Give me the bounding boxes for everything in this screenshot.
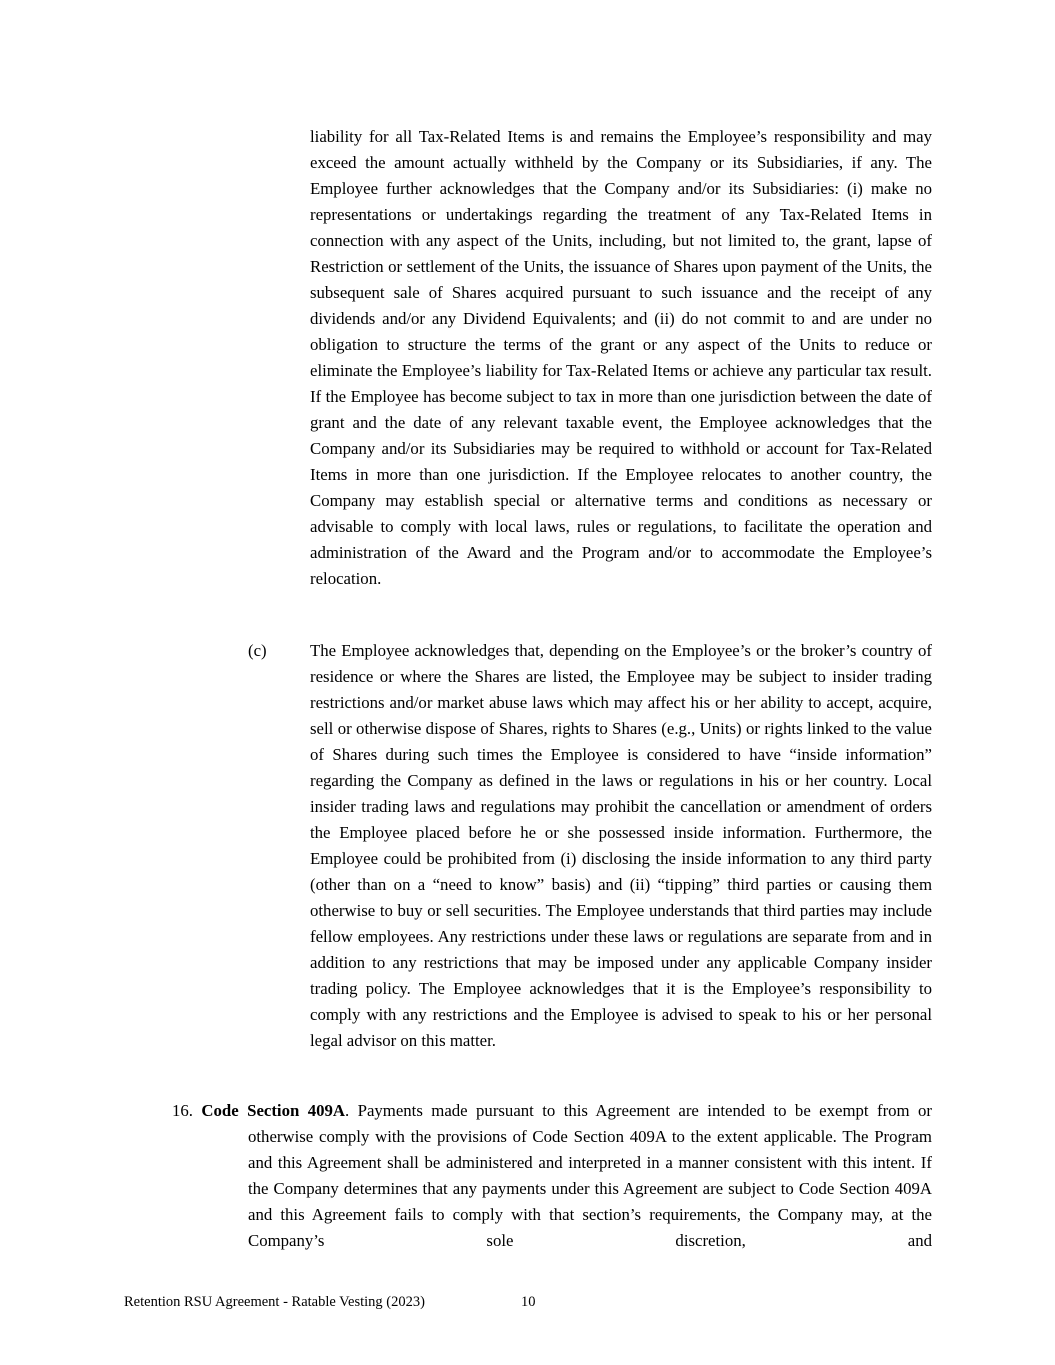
page-footer: Retention RSU Agreement - Ratable Vestin… (0, 1292, 1055, 1318)
footer-document-title: Retention RSU Agreement - Ratable Vestin… (124, 1292, 425, 1312)
clause-c-text: The Employee acknowledges that, dependin… (310, 641, 932, 1050)
section-16-number: 16. (172, 1101, 193, 1120)
section-16-paragraph: 16. Code Section 409A. Payments made pur… (248, 1098, 932, 1254)
clause-c: (c) The Employee acknowledges that, depe… (310, 638, 932, 1054)
document-page: liability for all Tax-Related Items is a… (0, 0, 1055, 1365)
section-16-text: . Payments made pursuant to this Agreeme… (248, 1101, 932, 1250)
footer-page-number: 10 (521, 1292, 536, 1312)
clause-c-marker: (c) (248, 638, 267, 664)
section-16-heading: Code Section 409A (201, 1101, 345, 1120)
paragraph-continuation: liability for all Tax-Related Items is a… (310, 124, 932, 592)
